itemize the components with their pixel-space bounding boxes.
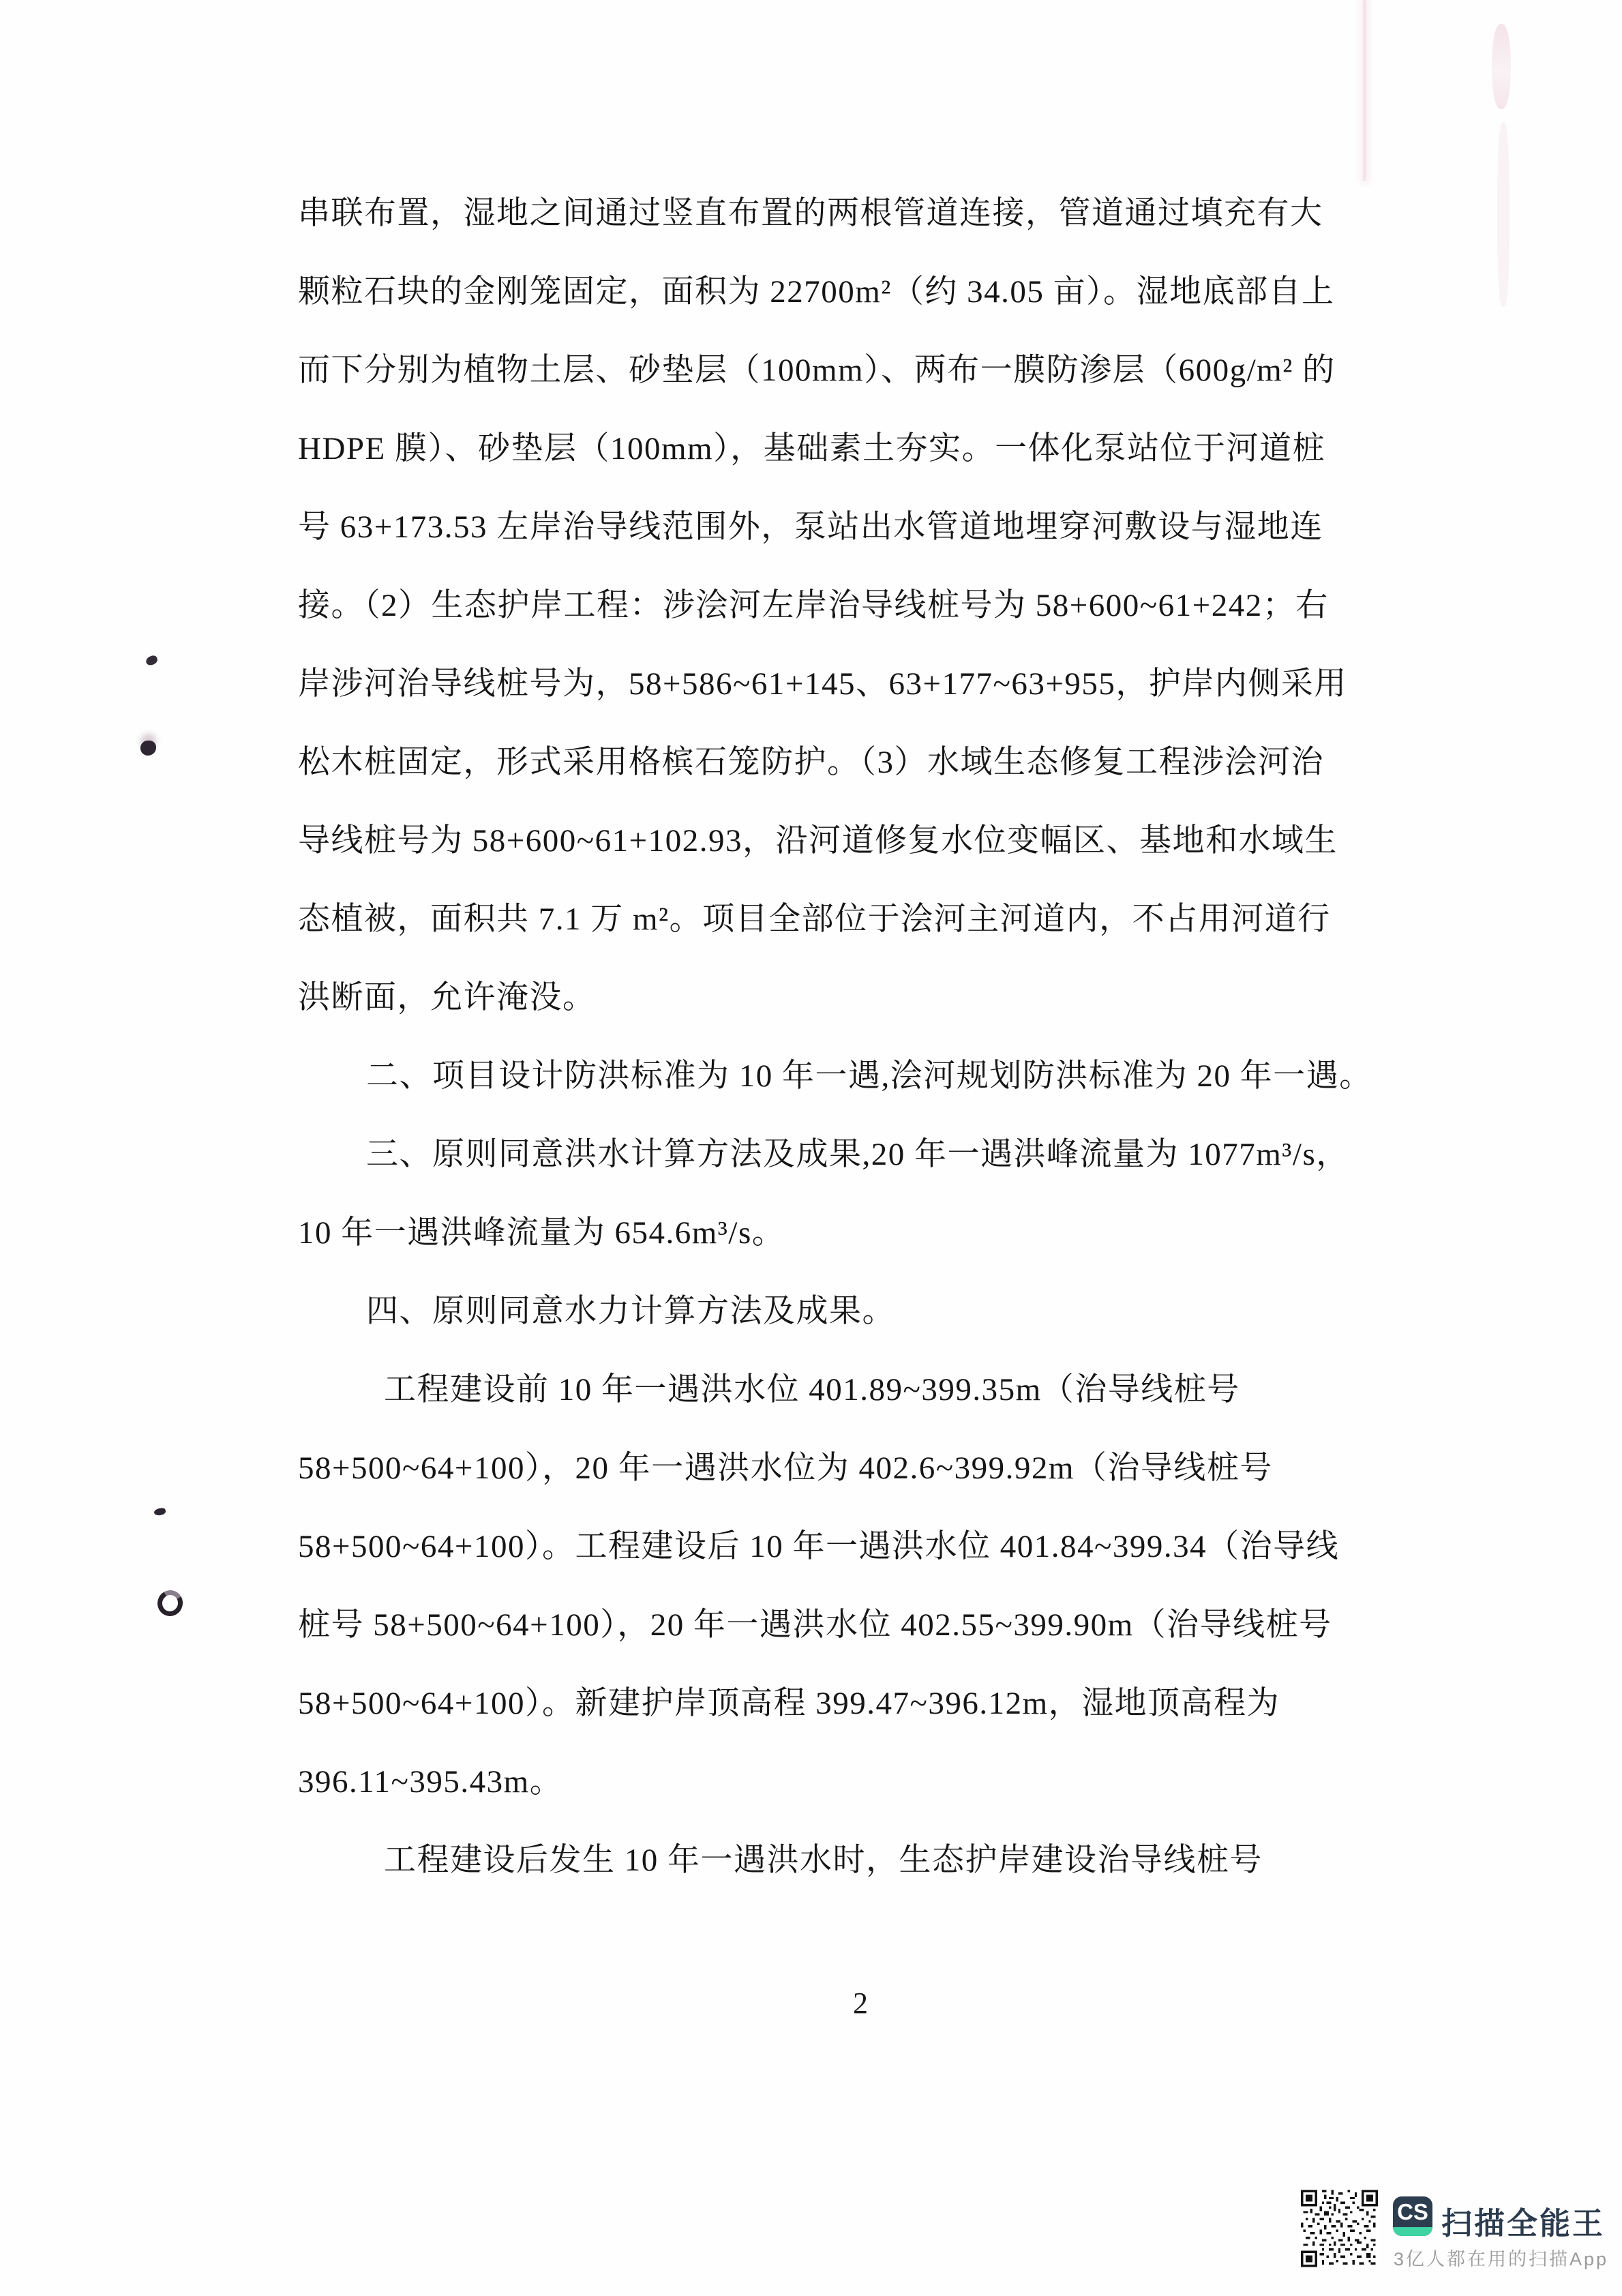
text-line: 二、项目设计防洪标准为 10 年一遇,浍河规划防洪标准为 20 年一遇。 [298, 1037, 1365, 1116]
scan-streak [1363, 0, 1366, 181]
text-line: 串联布置，湿地之间通过竖直布置的两根管道连接，管道通过填充有大 [298, 175, 1365, 253]
text-line: 工程建设后发生 10 年一遇洪水时，生态护岸建设治导线桩号 [298, 1821, 1365, 1900]
text-line: 四、原则同意水力计算方法及成果。 [298, 1272, 1365, 1351]
text-line: 58+500~64+100）。工程建设后 10 年一遇洪水位 401.84~39… [298, 1508, 1365, 1586]
camscanner-logo-accent [1393, 2227, 1432, 2236]
text-line: 58+500~64+100），20 年一遇洪水位为 402.6~399.92m（… [298, 1429, 1365, 1508]
text-line: 396.11~395.43m。 [298, 1743, 1365, 1821]
qr-code [1301, 2189, 1378, 2268]
camscanner-logo-text: CS [1397, 2199, 1428, 2225]
text-line: 颗粒石块的金刚笼固定，面积为 22700m²（约 34.05 亩）。湿地底部自上 [298, 253, 1365, 331]
text-line: 岸涉河治导线桩号为，58+586~61+145、63+177~63+955，护岸… [298, 645, 1365, 724]
text-line: 三、原则同意洪水计算方法及成果,20 年一遇洪峰流量为 1077m³/s， [298, 1116, 1365, 1194]
camscanner-logo: CS [1393, 2196, 1432, 2236]
text-line: 松木桩固定，形式采用格槟石笼防护。（3）水域生态修复工程涉浍河治 [298, 724, 1365, 802]
text-line: 桩号 58+500~64+100），20 年一遇洪水位 402.55~399.9… [298, 1586, 1365, 1665]
scan-smudge [1497, 123, 1510, 307]
text-line: 而下分别为植物土层、砂垫层（100mm）、两布一膜防渗层（600g/m² 的 [298, 331, 1365, 410]
scanned-page: 串联布置，湿地之间通过竖直布置的两根管道连接，管道通过填充有大颗粒石块的金刚笼固… [0, 0, 1622, 2296]
text-line: HDPE 膜）、砂垫层（100mm），基础素土夯实。一体化泵站位于河道桩 [298, 410, 1365, 488]
scan-speck [140, 741, 156, 756]
page-number: 2 [840, 1986, 881, 2021]
text-line: 态植被，面积共 7.1 万 m²。项目全部位于浍河主河道内，不占用河道行 [298, 880, 1365, 959]
text-line: 10 年一遇洪峰流量为 654.6m³/s。 [298, 1194, 1365, 1272]
document-body: 串联布置，湿地之间通过竖直布置的两根管道连接，管道通过填充有大颗粒石块的金刚笼固… [298, 175, 1365, 1900]
scan-smudge [1492, 24, 1511, 109]
text-line: 接。（2）生态护岸工程：涉浍河左岸治导线桩号为 58+600~61+242；右 [298, 567, 1365, 645]
text-line: 号 63+173.53 左岸治导线范围外，泵站出水管道地埋穿河敷设与湿地连 [298, 488, 1365, 567]
scan-speck [155, 1587, 186, 1619]
text-line: 58+500~64+100）。新建护岸顶高程 399.47~396.12m，湿地… [298, 1665, 1365, 1743]
scan-speck [153, 1507, 166, 1516]
camscanner-tagline: 3亿人都在用的扫描App [1394, 2244, 1608, 2271]
text-line: 洪断面，允许淹没。 [298, 959, 1365, 1037]
camscanner-app-name: 扫描全能王 [1441, 2198, 1605, 2243]
text-line: 导线桩号为 58+600~61+102.93，沿河道修复水位变幅区、基地和水域生 [298, 802, 1365, 880]
text-line: 工程建设前 10 年一遇洪水位 401.89~399.35m（治导线桩号 [298, 1351, 1365, 1429]
scan-speck [145, 655, 158, 667]
